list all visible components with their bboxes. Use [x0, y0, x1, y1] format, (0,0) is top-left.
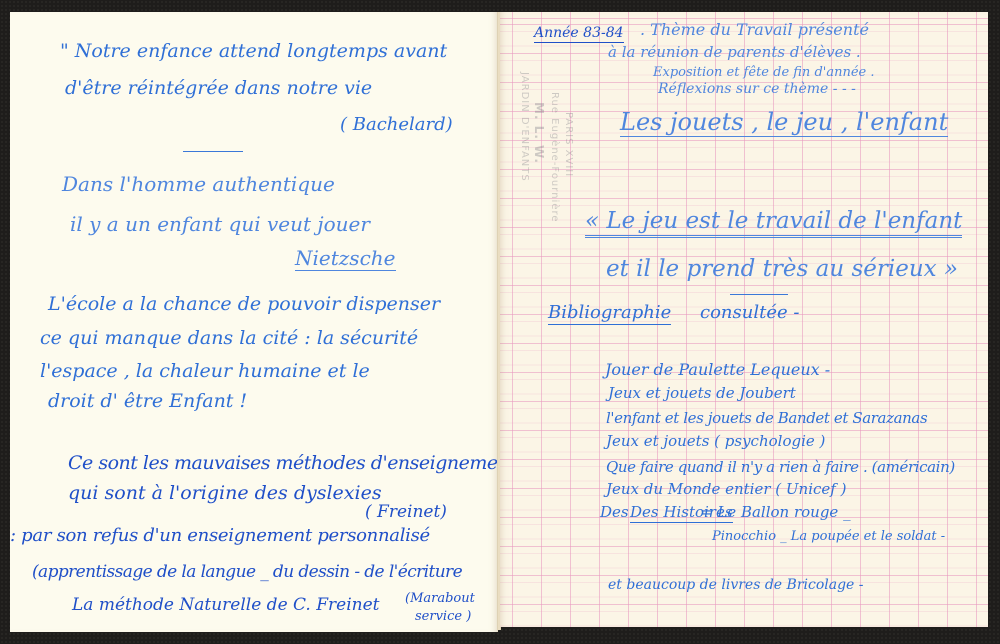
school-stamp-line1: JARDIN D'ENFANTS [519, 72, 530, 182]
stories-line1: = Le Ballon rouge _ [700, 505, 851, 520]
bibliography-item: Que faire quand il n'y a rien à faire . … [606, 460, 955, 475]
quote-nietzsche-line2: il y a un enfant qui veut jouer [70, 214, 370, 234]
quote-freinet-author: ( Freinet) [365, 504, 447, 521]
paragraph-line4: droit d' être Enfant ! [48, 392, 247, 411]
quote-bachelard-line1: " Notre enfance attend longtemps avant [60, 42, 447, 61]
header-line2: à la réunion de parents d'élèves . [608, 45, 861, 60]
right-notebook-page: JARDIN D'ENFANTS M. L. W. Rue Eugène-Fou… [500, 12, 988, 627]
quote-freinet-line1: Ce sont les mauvaises méthodes d'enseign… [68, 454, 517, 473]
closing-line: et beaucoup de livres de Bricolage - [608, 578, 864, 592]
quote-freinet-line2: qui sont à l'origine des dyslexies [68, 484, 382, 503]
left-notebook-page: " Notre enfance attend longtemps avant d… [10, 12, 498, 632]
school-stamp-line4: PARIS XVIII [563, 112, 574, 177]
quote-freinet-line4: (apprentissage de la langue _ du dessin … [32, 564, 462, 581]
stories-label-des: Des [600, 505, 629, 520]
bibliography-heading-consultee: consultée - [700, 304, 799, 322]
publisher-marabout: (Marabout [405, 592, 475, 605]
separator-rule [730, 294, 788, 295]
quote-bachelard-author: ( Bachelard) [340, 116, 453, 134]
paragraph-line2: ce qui manque dans la cité : la sécurité [40, 329, 418, 348]
quote-line1: « Le jeu est le travail de l'enfant [585, 210, 962, 238]
header-line3: Exposition et fête de fin d'année . [653, 66, 874, 79]
stories-line2: Pinocchio _ La poupée et le soldat - [712, 530, 945, 543]
school-stamp-line2: M. L. W. [532, 102, 546, 164]
paragraph-line3: l'espace , la chaleur humaine et le [40, 362, 370, 381]
bibliography-item: Jeux et jouets ( psychologie ) [606, 434, 825, 449]
bibliography-item: l'enfant et les jouets de Bandet et Sara… [606, 411, 927, 426]
header-line4: Réflexions sur ce thème - - - [658, 82, 856, 96]
quote-line2: et il le prend très au sérieux » [606, 258, 958, 281]
bibliography-heading: Bibliographie [548, 304, 671, 325]
header-line1: . Thème du Travail présenté [640, 22, 869, 38]
school-stamp-line3: Rue Eugène-Fournière [549, 92, 560, 223]
theme-title: Les jouets , le jeu , l'enfant [620, 110, 948, 137]
bibliography-item: Jouer de Paulette Lequeux - [605, 362, 830, 378]
bibliography-item: Jeux et jouets de Joubert [608, 386, 796, 401]
school-year: Année 83-84 [534, 26, 624, 43]
publisher-service: service ) [415, 610, 471, 623]
bibliography-item: Jeux du Monde entier ( Unicef ) [606, 482, 846, 497]
quote-bachelard-line2: d'être réintégrée dans notre vie [65, 79, 372, 98]
book-title-methode-naturelle: La méthode Naturelle de C. Freinet [72, 597, 380, 614]
quote-freinet-line3: : par son refus d'un enseignement person… [10, 527, 430, 545]
quote-nietzsche-line1: Dans l'homme authentique [62, 174, 335, 194]
separator-rule [183, 151, 243, 152]
quote-nietzsche-author: Nietzsche [295, 248, 396, 271]
paragraph-line1: L'école a la chance de pouvoir dispenser [48, 295, 440, 314]
